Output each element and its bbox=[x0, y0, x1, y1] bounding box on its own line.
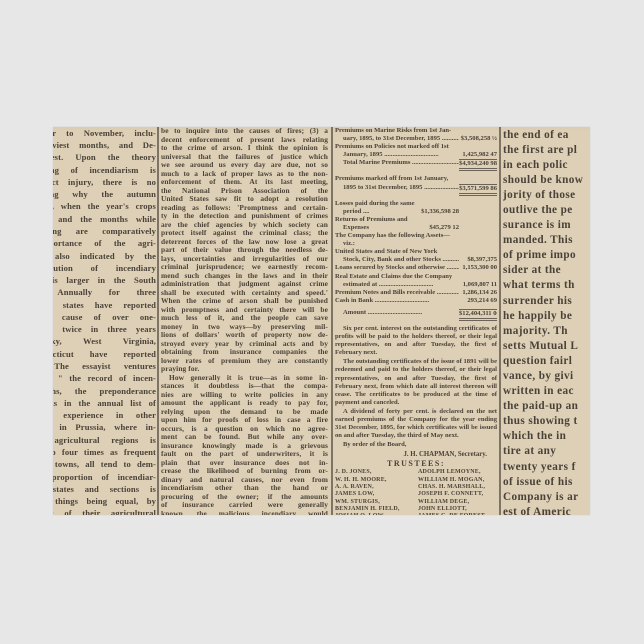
statement-row: The Company has the following Assets— bbox=[335, 232, 497, 240]
statement-row: 1895 to 31st December, 1895 ............… bbox=[335, 184, 497, 196]
text-line: er things being equal, by bbox=[53, 495, 156, 507]
statement-row: estimated at ...........................… bbox=[335, 281, 497, 289]
statement-amount bbox=[459, 273, 497, 281]
text-line: which the in bbox=[503, 429, 590, 444]
text-line: vance, by givi bbox=[503, 369, 590, 384]
statement-amount bbox=[459, 143, 497, 151]
statement-amount bbox=[459, 248, 497, 256]
text-line: majority. Th bbox=[503, 323, 590, 338]
trustee-name: W. H. H. MOORE, bbox=[335, 477, 414, 484]
statement-label: Returns of Premiums and bbox=[335, 216, 459, 224]
text-line: of issue of his bbox=[503, 474, 590, 489]
text-line: ohiest. Upon the theory bbox=[53, 152, 156, 164]
statement-amount bbox=[459, 127, 497, 135]
statement-label: Total Marine Premiums ..................… bbox=[335, 159, 459, 171]
statement-row: Losses paid during the same bbox=[335, 200, 497, 208]
statement-amount: 1,069,807 11 bbox=[459, 281, 497, 289]
statement-row: Stock, City, Bank and other Stocks .....… bbox=[335, 256, 497, 264]
text-line: the end of ea bbox=[503, 127, 590, 142]
statement-label: uary, 1895, to 31st December, 1895 .....… bbox=[335, 135, 459, 143]
statement-amount: 293,214 69 bbox=[459, 297, 497, 305]
text-line: nflict injury, there is no bbox=[53, 176, 156, 188]
column-4-article: the end of eathe first are plin each pol… bbox=[503, 127, 590, 515]
statement-row: Premiums on Marine Risks from 1st Jan- bbox=[335, 127, 497, 135]
statement-amount: $8,397,375 bbox=[459, 256, 497, 264]
trustee-name: J. D. JONES, bbox=[335, 469, 414, 476]
text-line: sider at the bbox=[503, 263, 590, 278]
text-line: written in eac bbox=[503, 384, 590, 399]
text-line: of prime impo bbox=[503, 248, 590, 263]
trustee-name: JAMES G. DE FOREST, bbox=[418, 513, 497, 515]
text-line: twenty years f bbox=[503, 459, 590, 474]
statement-amount bbox=[459, 216, 497, 224]
statement-row: viz.: bbox=[335, 240, 497, 248]
text-line: tucky, West Virginia, bbox=[53, 336, 156, 348]
trustee-name: WILLIAM H. MOGAN, bbox=[418, 477, 497, 484]
statement-label: United States and State of New York bbox=[335, 248, 459, 256]
statement-label: 1895 to 31st December, 1895 ............… bbox=[335, 184, 459, 196]
newspaper-page: ober to November, inclu-heaviest months,… bbox=[53, 127, 590, 515]
trustee-name: WM. STURGIS, bbox=[335, 499, 414, 506]
statement-label: Amount ................................. bbox=[335, 309, 459, 321]
notice-paragraph: The outstanding certificates of the issu… bbox=[335, 358, 497, 407]
statement-row: Real Estate and Claims due the Company bbox=[335, 273, 497, 281]
statement-amount bbox=[459, 232, 497, 240]
column-1-article: ober to November, inclu-heaviest months,… bbox=[53, 127, 156, 515]
text-line: risks in the annual list of bbox=[53, 397, 156, 409]
statement-label: Losses paid during the same bbox=[335, 200, 459, 208]
trustees-heading: TRUSTEES: bbox=[335, 459, 497, 469]
statement-amount: 1,286,134 26 bbox=[459, 289, 497, 297]
statement-amount: $45,279 12 bbox=[369, 224, 497, 232]
statement-label: Premiums marked off from 1st January, bbox=[335, 175, 459, 183]
text-line: in each polic bbox=[503, 157, 590, 172]
text-line: tire at any bbox=[503, 444, 590, 459]
column-rule bbox=[331, 127, 333, 515]
secretary-signature: J. H. CHAPMAN, Secretary. bbox=[335, 450, 497, 459]
column-rule bbox=[499, 127, 501, 515]
statement-label: The Company has the following Assets— bbox=[335, 232, 459, 240]
text-line: . Annually for three bbox=[53, 287, 156, 299]
text-line: ober to November, inclu- bbox=[53, 127, 156, 139]
statement-row: uary, 1895, to 31st December, 1895 .....… bbox=[335, 135, 497, 143]
trustee-name: JAMES LOW, bbox=[335, 491, 414, 498]
statement-label: Loans secured by Stocks and otherwise ..… bbox=[335, 264, 459, 272]
text-line: should be know bbox=[503, 172, 590, 187]
statement-label: viz.: bbox=[335, 240, 459, 248]
column-3-insurance-statement: Premiums on Marine Risks from 1st Jan-ua… bbox=[335, 127, 497, 515]
text-line: onths, the preponderance bbox=[53, 385, 156, 397]
statement-amount: 1,153,300 00 bbox=[459, 264, 497, 272]
text-line: eeing why the autumn bbox=[53, 188, 156, 200]
text-line: een states have reported bbox=[53, 299, 156, 311]
trustee-name: BENJAMIN H. FIELD, bbox=[335, 506, 414, 513]
statement-row: Cash in Bank ...........................… bbox=[335, 297, 497, 305]
text-line: surrender his bbox=[503, 293, 590, 308]
text-line: bly in Prussia, where in- bbox=[53, 422, 156, 434]
text-line: son, when the year's crops bbox=[53, 201, 156, 213]
text-line: thus showing t bbox=[503, 414, 590, 429]
text-line: o is larger in the South bbox=[53, 274, 156, 286]
column-1-text: ober to November, inclu-heaviest months,… bbox=[53, 127, 156, 515]
text-line: ed, and the months while bbox=[53, 213, 156, 225]
notice-paragraph: Six per cent. interest on the outstandin… bbox=[335, 325, 497, 357]
text-line: hat " the record of incen- bbox=[53, 373, 156, 385]
statement-row: United States and State of New York bbox=[335, 248, 497, 256]
text-line: Company is ar bbox=[503, 489, 590, 504]
text-line: and twice in three years bbox=[53, 324, 156, 336]
text-line: he happily be bbox=[503, 308, 590, 323]
text-line: nd towns, all tend to dem- bbox=[53, 459, 156, 471]
text-line: is also indicated by the bbox=[53, 250, 156, 262]
trustee-name: JOSIAH O. LOW, bbox=[335, 513, 414, 515]
column-rule bbox=[157, 127, 159, 515]
trustees-list: J. D. JONES,ADOLPH LEMOYNE,W. H. H. MOOR… bbox=[335, 469, 497, 515]
text-line: heaviest months, and De- bbox=[53, 139, 156, 151]
text-line: the paid-up an bbox=[503, 399, 590, 414]
text-line: question fairl bbox=[503, 353, 590, 368]
financial-statement: Premiums on Marine Risks from 1st Jan-ua… bbox=[335, 127, 497, 515]
statement-row: Premium Notes and Bills receivable .....… bbox=[335, 289, 497, 297]
statement-amount: 1,425,982 47 bbox=[459, 151, 497, 159]
text-line: owing are comparatively bbox=[53, 225, 156, 237]
statement-label: Real Estate and Claims due the Company bbox=[335, 273, 459, 281]
statement-row: January, 1895 ..........................… bbox=[335, 151, 497, 159]
statement-amount bbox=[459, 200, 497, 208]
text-line: . The essayist ventures bbox=[53, 360, 156, 372]
statement-amount: $3,571,599 86 bbox=[459, 184, 497, 196]
statement-row: Premiums on Policies not marked off 1st bbox=[335, 143, 497, 151]
statement-amount: $12,404,311 06 bbox=[459, 309, 497, 321]
statement-amount bbox=[459, 240, 497, 248]
statement-label: Premiums on Policies not marked off 1st bbox=[335, 143, 459, 151]
statement-label: January, 1895 ..........................… bbox=[335, 151, 459, 159]
statement-label: period .............. bbox=[335, 208, 369, 216]
statement-label: Premiums on Marine Risks from 1st Jan- bbox=[335, 127, 459, 135]
statement-amount: $3,508,258 ½ bbox=[459, 135, 497, 143]
text-line: est of Americ bbox=[503, 504, 590, 515]
trustee-name: JOSEPH F. CONNETT, bbox=[418, 491, 497, 498]
statement-label: Premium Notes and Bills receivable .....… bbox=[335, 289, 459, 297]
text-line: importance of the agri- bbox=[53, 238, 156, 250]
text-line: outlive the pe bbox=[503, 202, 590, 217]
statement-row: Expenses ..............$45,279 12 bbox=[335, 224, 497, 232]
text-line: surance is im bbox=[503, 218, 590, 233]
statement-label: Cash in Bank ...........................… bbox=[335, 297, 459, 305]
column-4-text: the end of eathe first are plin each pol… bbox=[503, 127, 590, 515]
text-line: tent of their agricultural bbox=[53, 508, 156, 515]
trustee-name: ADOLPH LEMOYNE, bbox=[418, 469, 497, 476]
text-line: rging of incendiarism is bbox=[53, 164, 156, 176]
notice-paragraph: By order of the Board, bbox=[335, 441, 497, 449]
text-line: setts Mutual L bbox=[503, 338, 590, 353]
text-line: s to four times as frequent bbox=[53, 446, 156, 458]
statement-row: Total Marine Premiums ..................… bbox=[335, 159, 497, 171]
statement-row: Premiums marked off from 1st January, bbox=[335, 175, 497, 183]
text-line: e proportion of incendiar- bbox=[53, 471, 156, 483]
text-line: manded. This bbox=[503, 233, 590, 248]
notice-paragraph: A dividend of forty per cent. is declare… bbox=[335, 408, 497, 440]
trustee-name: A. A. RAVEN, bbox=[335, 484, 414, 491]
text-line: tribution of incendiary bbox=[53, 262, 156, 274]
statement-amount bbox=[459, 175, 497, 183]
statement-amount: $4,934,240 98 bbox=[459, 159, 497, 171]
column-2-text: be to inquire into the causes of fires; … bbox=[161, 127, 328, 515]
text-line: t states and sections is bbox=[53, 483, 156, 495]
statement-row: Loans secured by Stocks and otherwise ..… bbox=[335, 264, 497, 272]
text-line: known, the malicious incendiary would bbox=[161, 510, 328, 516]
statement-label: Expenses .............. bbox=[335, 224, 369, 232]
trustee-name: JOHN ELLIOTT, bbox=[418, 506, 497, 513]
column-2-article: be to inquire into the causes of fires; … bbox=[161, 127, 328, 515]
text-line: the cause of over one- bbox=[53, 311, 156, 323]
text-line: the experience in other bbox=[53, 409, 156, 421]
statement-amount: $1,336,598 28 bbox=[369, 208, 497, 216]
statement-row: Returns of Premiums and bbox=[335, 216, 497, 224]
trustee-name: CHAS. H. MARSHALL, bbox=[418, 484, 497, 491]
statement-row: period ..............$1,336,598 28 bbox=[335, 208, 497, 216]
text-line: the first are pl bbox=[503, 142, 590, 157]
text-line: jority of those bbox=[503, 187, 590, 202]
statement-row: Amount .................................… bbox=[335, 309, 497, 321]
statement-label: Stock, City, Bank and other Stocks .....… bbox=[335, 256, 459, 264]
statement-label: estimated at ...........................… bbox=[335, 281, 459, 289]
text-line: what terms th bbox=[503, 278, 590, 293]
text-line: e agricultural regions is bbox=[53, 434, 156, 446]
text-line: nnecticut have reported bbox=[53, 348, 156, 360]
trustee-name: WILLIAM DEGE, bbox=[418, 499, 497, 506]
